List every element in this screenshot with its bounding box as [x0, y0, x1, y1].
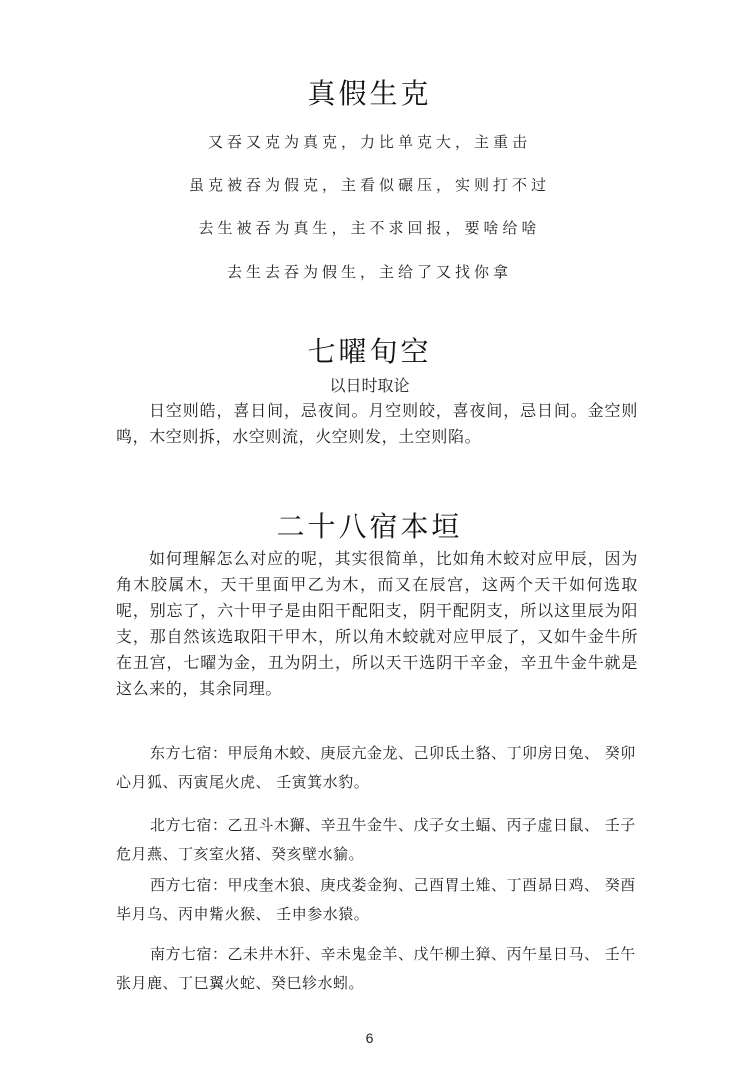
- body-paragraph: 日空则皓，喜日间，忌夜间。月空则皎，喜夜间，忌日间。金空则鸣，木空则拆，水空则流…: [116, 398, 638, 450]
- verse-line: 去生被吞为真生，主不求回报，要啥给啥: [0, 217, 739, 238]
- verse-line: 去生去吞为假生，主给了又找你拿: [0, 261, 739, 282]
- section-title-true-false-sheng-ke: 真假生克: [0, 72, 739, 112]
- mansion-list-north: 北方七宿：乙丑斗木獬、辛丑牛金牛、戊子女土蝠、丙子虚日鼠、 壬子危月燕、丁亥室火…: [116, 811, 651, 869]
- body-paragraph: 如何理解怎么对应的呢，其实很简单，比如角木蛟对应甲辰，因为角木胶属木，天干里面甲…: [116, 546, 638, 702]
- mansion-list-west: 西方七宿：甲戌奎木狼、庚戌娄金狗、己酉胃土雉、丁酉昴日鸡、 癸酉毕月乌、丙申觜火…: [116, 871, 651, 929]
- section-subtitle: 以日时取论: [0, 373, 739, 396]
- section-title-28-mansions: 二十八宿本垣: [0, 505, 739, 545]
- section-title-seven-luminaries: 七曜旬空: [0, 330, 739, 370]
- mansion-list-east: 东方七宿：甲辰角木蛟、庚辰亢金龙、己卯氐土貉、丁卯房日兔、 癸卯心月狐、丙寅尾火…: [116, 739, 651, 797]
- verse-line: 又吞又克为真克，力比单克大，主重击: [0, 131, 739, 152]
- verse-line: 虽克被吞为假克，主看似碾压，实则打不过: [0, 174, 739, 195]
- page-number: 6: [0, 1030, 739, 1046]
- mansion-list-south: 南方七宿：乙未井木犴、辛未鬼金羊、戊午柳土獐、丙午星日马、 壬午张月鹿、丁巳翼火…: [116, 940, 651, 998]
